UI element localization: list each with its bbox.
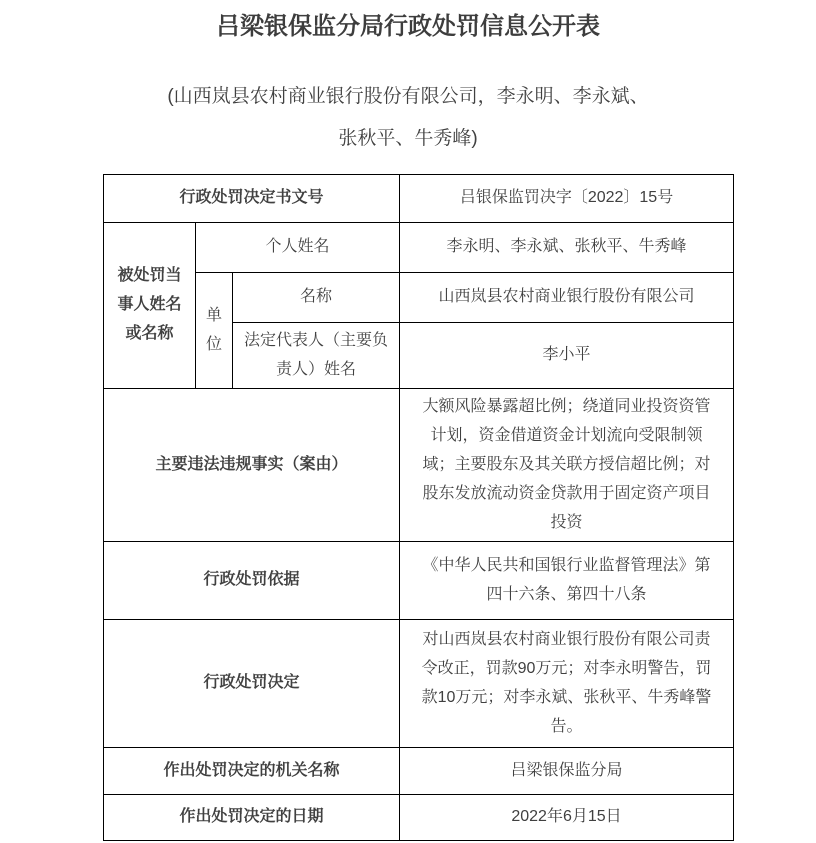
unit-name-label-cell: 名称 (233, 272, 400, 322)
page: 吕梁银保监分局行政处罚信息公开表 (山西岚县农村商业银行股份有限公司，李永明、李… (0, 0, 816, 843)
table-row-unit-name: 单位 名称 山西岚县农村商业银行股份有限公司 (104, 272, 734, 322)
table-row-date: 作出处罚决定的日期 2022年6月15日 (104, 795, 734, 841)
table-row-doc-no: 行政处罚决定书文号 吕银保监罚决字〔2022〕15号 (104, 174, 734, 222)
table-row-basis: 行政处罚依据 《中华人民共和国银行业监督管理法》第 四十六条、第四十八条 (104, 542, 734, 620)
facts-value-cell: 大额风险暴露超比例；绕道同业投资资管 计划，资金借道资金计划流向受限制领 域；主… (400, 389, 734, 542)
unit-name-value-cell: 山西岚县农村商业银行股份有限公司 (400, 272, 734, 322)
basis-value-cell: 《中华人民共和国银行业监督管理法》第 四十六条、第四十八条 (400, 542, 734, 620)
page-title: 吕梁银保监分局行政处罚信息公开表 (0, 0, 816, 42)
date-value-cell: 2022年6月15日 (400, 795, 734, 841)
facts-label-cell: 主要违法违规事实（案由） (104, 389, 400, 542)
person-name-value-cell: 李永明、李永斌、张秋平、牛秀峰 (400, 222, 734, 272)
decision-value-cell: 对山西岚县农村商业银行股份有限公司责 令改正，罚款90万元；对李永明警告，罚 款… (400, 620, 734, 748)
table-row-facts: 主要违法违规事实（案由） 大额风险暴露超比例；绕道同业投资资管 计划，资金借道资… (104, 389, 734, 542)
table-row-decision: 行政处罚决定 对山西岚县农村商业银行股份有限公司责 令改正，罚款90万元；对李永… (104, 620, 734, 748)
table-row-authority: 作出处罚决定的机关名称 吕梁银保监分局 (104, 748, 734, 795)
basis-label-cell: 行政处罚依据 (104, 542, 400, 620)
authority-label-cell: 作出处罚决定的机关名称 (104, 748, 400, 795)
legal-rep-label-cell: 法定代表人（主要负责人）姓名 (233, 322, 400, 389)
party-label-cell: 被处罚当事人姓名或名称 (104, 222, 196, 389)
person-name-label-cell: 个人姓名 (196, 222, 400, 272)
doc-no-value-cell: 吕银保监罚决字〔2022〕15号 (400, 174, 734, 222)
table-row-person-name: 被处罚当事人姓名或名称 个人姓名 李永明、李永斌、张秋平、牛秀峰 (104, 222, 734, 272)
page-subtitle: (山西岚县农村商业银行股份有限公司，李永明、李永斌、 张秋平、牛秀峰) (0, 76, 816, 160)
authority-value-cell: 吕梁银保监分局 (400, 748, 734, 795)
unit-label-cell: 单位 (196, 272, 233, 389)
decision-label-cell: 行政处罚决定 (104, 620, 400, 748)
date-label-cell: 作出处罚决定的日期 (104, 795, 400, 841)
doc-no-label-cell: 行政处罚决定书文号 (104, 174, 400, 222)
penalty-info-table: 行政处罚决定书文号 吕银保监罚决字〔2022〕15号 被处罚当事人姓名或名称 个… (103, 174, 734, 842)
legal-rep-value-cell: 李小平 (400, 322, 734, 389)
